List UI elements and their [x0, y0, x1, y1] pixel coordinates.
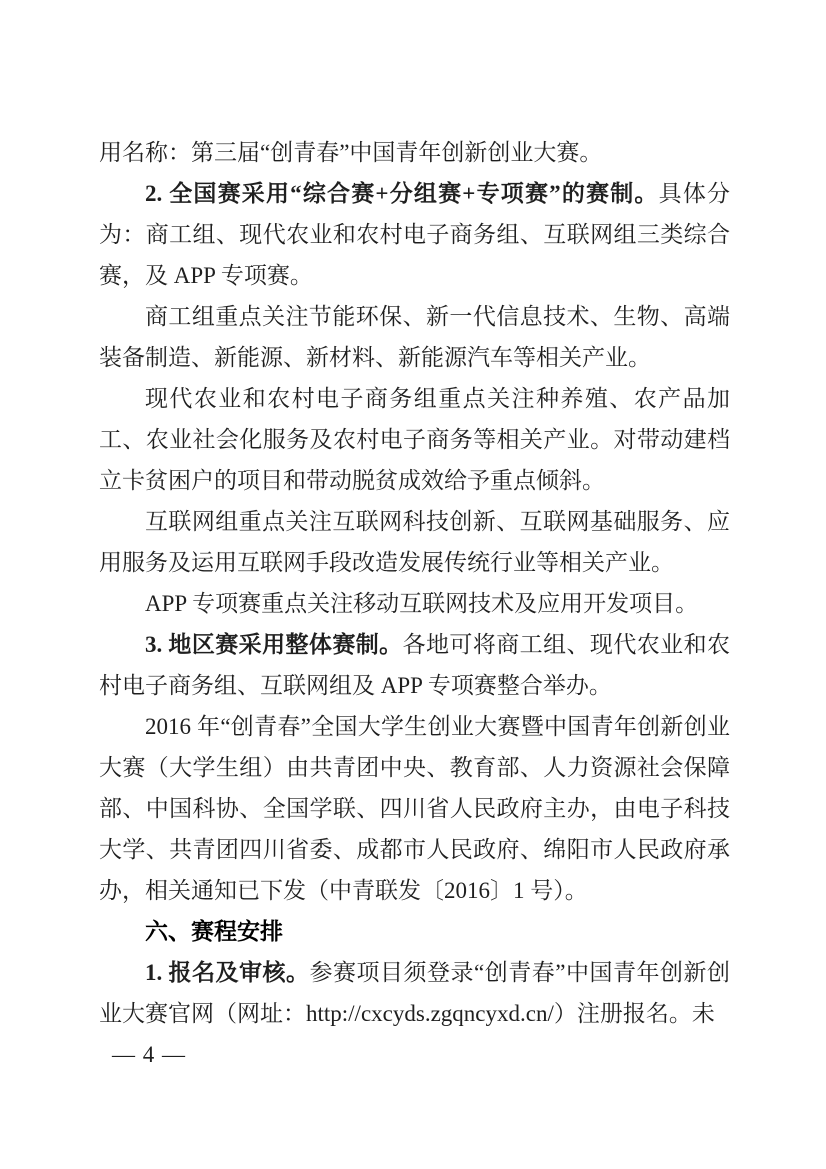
paragraph-text: 用名称：第三届“创青春”中国青年创新创业大赛。: [99, 140, 602, 165]
paragraph: 2016 年“创青春”全国大学生创业大赛暨中国青年创新创业大赛（大学生组）由共青…: [99, 706, 730, 911]
paragraph: 用名称：第三届“创青春”中国青年创新创业大赛。: [99, 132, 730, 173]
document-body: 用名称：第三届“创青春”中国青年创新创业大赛。 2. 全国赛采用“综合赛+分组赛…: [99, 132, 730, 1034]
emphasis-text: 1. 报名及审核。: [145, 960, 310, 985]
emphasis-text: 2. 全国赛采用“综合赛+分组赛+专项赛”的赛制。: [145, 181, 659, 206]
section-heading: 六、赛程安排: [99, 911, 730, 952]
paragraph: APP 专项赛重点关注移动互联网技术及应用开发项目。: [99, 583, 730, 624]
paragraph-text: 互联网组重点关注互联网科技创新、互联网基础服务、应用服务及运用互联网手段改造发展…: [99, 509, 730, 575]
paragraph-text: 商工组重点关注节能环保、新一代信息技术、生物、高端装备制造、新能源、新材料、新能…: [99, 304, 730, 370]
paragraph: 2. 全国赛采用“综合赛+分组赛+专项赛”的赛制。具体分为：商工组、现代农业和农…: [99, 173, 730, 296]
paragraph: 3. 地区赛采用整体赛制。各地可将商工组、现代农业和农村电子商务组、互联网组及 …: [99, 624, 730, 706]
document-page: 用名称：第三届“创青春”中国青年创新创业大赛。 2. 全国赛采用“综合赛+分组赛…: [0, 0, 826, 1169]
paragraph-text: 2016 年“创青春”全国大学生创业大赛暨中国青年创新创业大赛（大学生组）由共青…: [99, 714, 730, 903]
paragraph: 1. 报名及审核。参赛项目须登录“创青春”中国青年创新创业大赛官网（网址：htt…: [99, 952, 730, 1034]
paragraph: 现代农业和农村电子商务组重点关注种养殖、农产品加工、农业社会化服务及农村电子商务…: [99, 378, 730, 501]
paragraph-text: 现代农业和农村电子商务组重点关注种养殖、农产品加工、农业社会化服务及农村电子商务…: [99, 386, 730, 493]
paragraph: 互联网组重点关注互联网科技创新、互联网基础服务、应用服务及运用互联网手段改造发展…: [99, 501, 730, 583]
page-number: — 4 —: [112, 1041, 186, 1069]
paragraph-text: APP 专项赛重点关注移动互联网技术及应用开发项目。: [145, 591, 698, 616]
paragraph: 商工组重点关注节能环保、新一代信息技术、生物、高端装备制造、新能源、新材料、新能…: [99, 296, 730, 378]
emphasis-text: 3. 地区赛采用整体赛制。: [145, 632, 403, 657]
